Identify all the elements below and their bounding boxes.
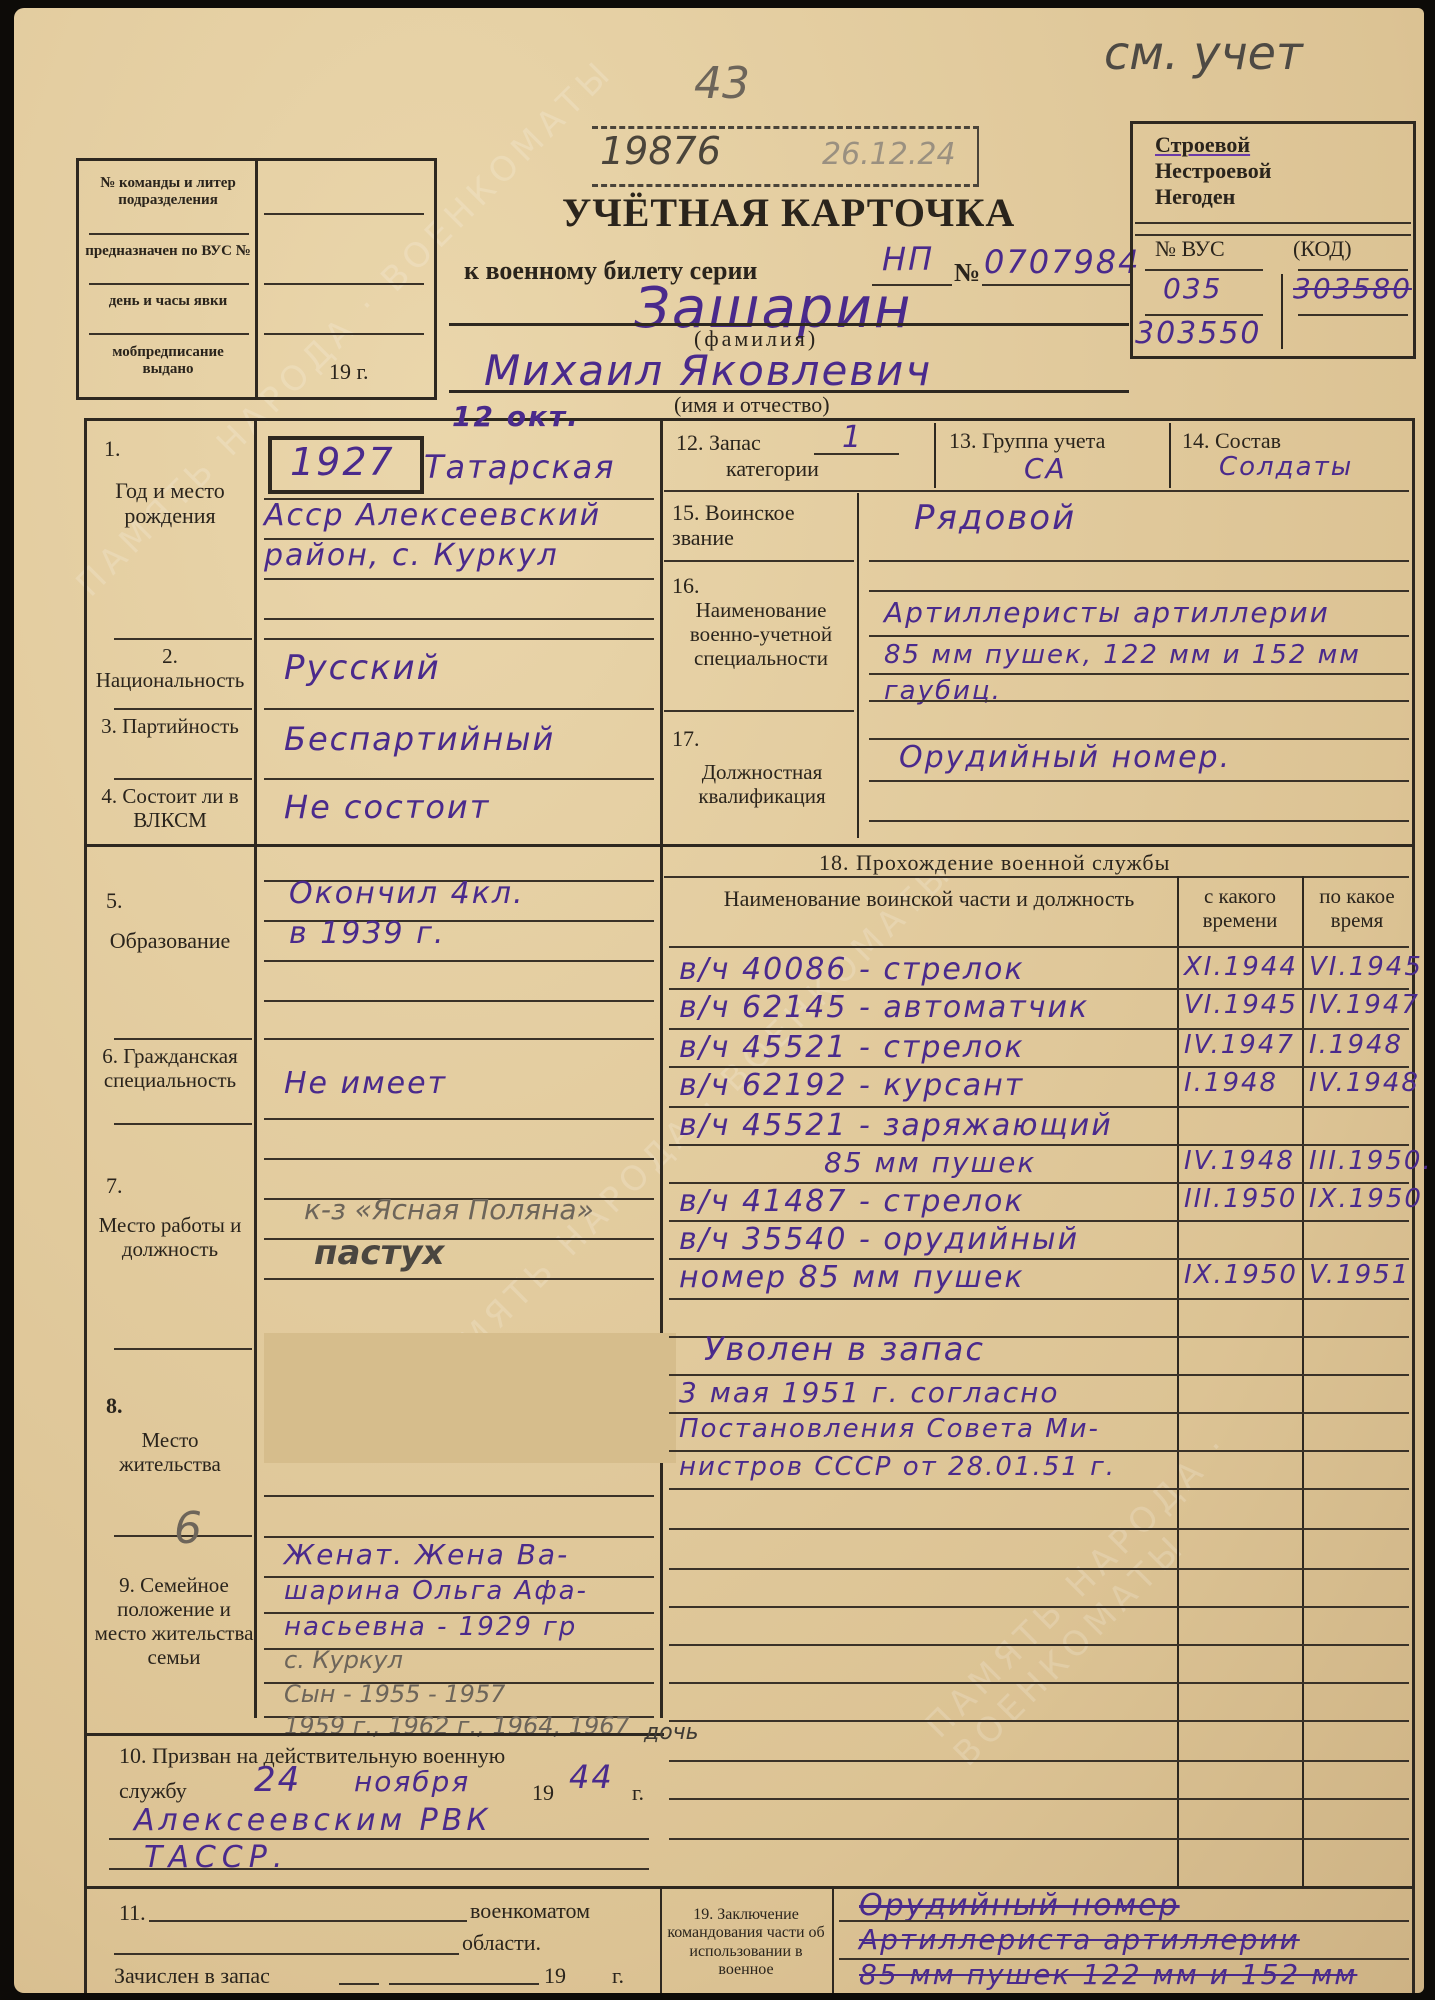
service-col-header: по какое время	[1304, 884, 1410, 932]
unit-cell: в/ч 35540 - орудийный	[679, 1222, 1079, 1257]
from-cell: IV.1948	[1184, 1146, 1295, 1176]
f15-label: 15. Воинское звание	[672, 500, 852, 551]
reserve-label: Зачислен в запас	[114, 1963, 270, 1988]
to-cell: III.1950.	[1309, 1146, 1433, 1176]
f10-note: дочь	[644, 1720, 699, 1745]
from-cell: IX.1950	[1184, 1260, 1298, 1290]
birth-place-line: Асср Алексеевский	[264, 498, 601, 533]
corner-note: см. учет	[1104, 26, 1303, 80]
row-label: день и часы явки	[85, 293, 251, 310]
f19-line: 85 мм пушек 122 мм и 152 мм	[859, 1958, 1357, 1991]
unit-cell: в/ч 45521 - заряжающий	[679, 1108, 1113, 1143]
f17-num: 17.	[672, 726, 700, 751]
discharge-line: нистров СССР от 28.01.51 г.	[679, 1452, 1116, 1482]
f12-label: 12. Запас	[676, 430, 761, 455]
from-cell: I.1948	[1184, 1068, 1278, 1098]
reserve-year: 19	[544, 1963, 566, 1988]
unit-cell: в/ч 40086 - стрелок	[679, 952, 1025, 987]
birth-date-note: 12 окт.	[452, 400, 580, 433]
f4-label: 4. Состоит ли в ВЛКСМ	[89, 784, 251, 832]
f9-margin-note: 6	[174, 1503, 202, 1554]
f7-num: 7.	[106, 1173, 123, 1198]
f9-label: 9. Семейное положение и место жительства…	[89, 1573, 259, 1670]
f9-line: насьевна - 1929 гр	[284, 1612, 577, 1642]
f16-label: Наименование военно-учетной специальност…	[666, 598, 856, 670]
code-value: 303550	[1135, 316, 1262, 351]
to-cell: I.1948	[1309, 1030, 1403, 1060]
to-cell: IX.1950	[1309, 1184, 1423, 1214]
discharge-line: Уволен в запас	[704, 1330, 985, 1368]
redacted-area	[264, 1333, 676, 1463]
ticket-number-label: №	[954, 258, 980, 288]
f13-label: 13. Группа учета	[949, 428, 1105, 453]
f12-value: 1	[842, 420, 863, 455]
f17-value: Орудийный номер.	[899, 740, 1231, 775]
to-cell: V.1951	[1309, 1260, 1410, 1290]
unit-cell: в/ч 62192 - курсант	[679, 1068, 1024, 1103]
birth-year: 1927	[290, 440, 395, 484]
f10-month: ноября	[354, 1765, 470, 1798]
f14-value: Солдаты	[1219, 452, 1353, 482]
f13-value: СА	[1024, 452, 1067, 485]
f1-label: Год и место рождения	[89, 478, 251, 529]
f3-value: Беспартийный	[284, 720, 555, 758]
from-cell: III.1950	[1184, 1184, 1297, 1214]
f2-value: Русский	[284, 648, 441, 688]
f5-num: 5.	[106, 888, 123, 913]
page-number: 43	[694, 58, 750, 109]
birth-place-line: Татарская	[424, 448, 616, 486]
reserve-suffix: г.	[612, 1963, 624, 1988]
f7-line: пастух	[314, 1233, 444, 1273]
archive-stamp: 19876 26.12.24	[592, 126, 979, 187]
f10-year-prefix: 19	[532, 1780, 554, 1805]
f11-suffix-a: военкоматом	[470, 1898, 590, 1923]
f16-line: 85 мм пушек, 122 мм и 152 мм	[884, 640, 1361, 670]
f14-label: 14. Состав	[1182, 428, 1281, 453]
unit-cell: в/ч 45521 - стрелок	[679, 1030, 1025, 1065]
top-left-box: № команды и литер подразделения предназн…	[76, 158, 437, 400]
ticket-series: НП	[882, 240, 934, 278]
f8-label: Место жительства	[89, 1428, 251, 1476]
f9-line: Женат. Жена Ва-	[284, 1538, 569, 1571]
f7-label: Место работы и должность	[89, 1213, 251, 1261]
unit-cell: 85 мм пушек	[824, 1146, 1036, 1179]
name-patronymic: Михаил Яковлевич	[484, 346, 932, 395]
code-label: (КОД)	[1293, 236, 1352, 261]
f5-line: в 1939 г.	[289, 916, 445, 951]
ticket-number: 0707984	[984, 243, 1141, 281]
service-title: 18. Прохождение военной службы	[819, 850, 1170, 875]
f10-day: 24	[254, 1760, 301, 1800]
unit-cell: номер 85 мм пушек	[679, 1260, 1025, 1295]
discharge-line: Постановления Совета Ми-	[679, 1414, 1100, 1444]
row-label: № команды и литер подразделения	[85, 175, 251, 210]
f9-line: шарина Ольга Афа-	[284, 1576, 588, 1606]
f12-label-b: категории	[726, 456, 819, 481]
f16-num: 16.	[672, 573, 700, 598]
fitness-option-selected: Строевой	[1155, 132, 1250, 157]
fitness-option: Нестроевой	[1155, 158, 1271, 183]
mob-year: 19 г.	[329, 359, 369, 384]
discharge-line: 3 мая 1951 г. согласно	[679, 1376, 1060, 1409]
service-col-header: с какого времени	[1180, 884, 1300, 932]
f5-label: Образование	[89, 928, 251, 953]
code-struck: 303580	[1293, 272, 1412, 305]
f10-label-b: службу	[119, 1778, 187, 1803]
f19-line: Артиллериста артиллерии	[859, 1923, 1300, 1956]
f16-line: Артиллеристы артиллерии	[884, 596, 1330, 629]
name-caption: (имя и отчество)	[674, 392, 830, 417]
service-col-header: Наименование воинской части и должность	[694, 886, 1164, 911]
record-card: ПАМЯТЬ НАРОДА · ВОЕНКОМАТЫ ПАМЯТЬ НАРОДА…	[14, 8, 1424, 1993]
f8-num: 8.	[106, 1393, 123, 1418]
f15-value: Рядовой	[914, 498, 1076, 538]
stamp-number: 19876	[600, 129, 721, 173]
f11-num: 11.	[119, 1900, 146, 1925]
f19-label: 19. Заключение командования части об исп…	[666, 1906, 826, 1980]
vus-label: № ВУС	[1155, 236, 1225, 261]
f10-year: 44	[569, 1758, 614, 1796]
f3-label: 3. Партийность	[89, 714, 251, 738]
fitness-option: Негоден	[1155, 184, 1235, 209]
unit-cell: в/ч 41487 - стрелок	[679, 1184, 1025, 1219]
birth-year-box: 1927	[268, 436, 424, 494]
birth-place-line: район, с. Куркул	[264, 538, 559, 573]
f17-label: Должностная квалификация	[672, 760, 852, 808]
f11-suffix-b: области.	[462, 1930, 541, 1955]
f10-year-suffix: г.	[632, 1780, 644, 1805]
page-title: УЧЁТНАЯ КАРТОЧКА	[562, 190, 1015, 236]
from-cell: XI.1944	[1184, 952, 1298, 982]
to-cell: IV.1948	[1309, 1068, 1420, 1098]
from-cell: IV.1947	[1184, 1030, 1295, 1060]
f6-value: Не имеет	[284, 1066, 447, 1101]
f5-line: Окончил 4кл.	[289, 876, 525, 911]
f7-line: к-з «Ясная Поляна»	[304, 1193, 594, 1226]
f4-value: Не состоит	[284, 788, 490, 826]
top-right-box: Строевой Нестроевой Негоден № ВУС (КОД) …	[1130, 121, 1416, 359]
vus-value: 035	[1163, 272, 1222, 305]
f9-line: Сын - 1955 - 1957	[284, 1680, 505, 1708]
f19-line: Орудийный номер	[859, 1888, 1180, 1923]
f10-by-line: Алексеевским РВК	[134, 1803, 492, 1838]
f6-label: 6. Гражданская специальность	[89, 1044, 251, 1092]
stamp-faint: 26.12.24	[822, 137, 956, 172]
to-cell: IV.1947	[1309, 990, 1420, 1020]
unit-cell: в/ч 62145 - автоматчик	[679, 990, 1089, 1025]
row-label: предназначен по ВУС №	[85, 243, 251, 260]
to-cell: VI.1945	[1309, 952, 1423, 982]
f2-label: 2. Национальность	[89, 644, 251, 692]
f1-num: 1.	[104, 436, 121, 461]
from-cell: VI.1945	[1184, 990, 1298, 1020]
row-label: мобпредписание выдано	[85, 344, 251, 379]
f9-line: с. Куркул	[284, 1646, 403, 1674]
